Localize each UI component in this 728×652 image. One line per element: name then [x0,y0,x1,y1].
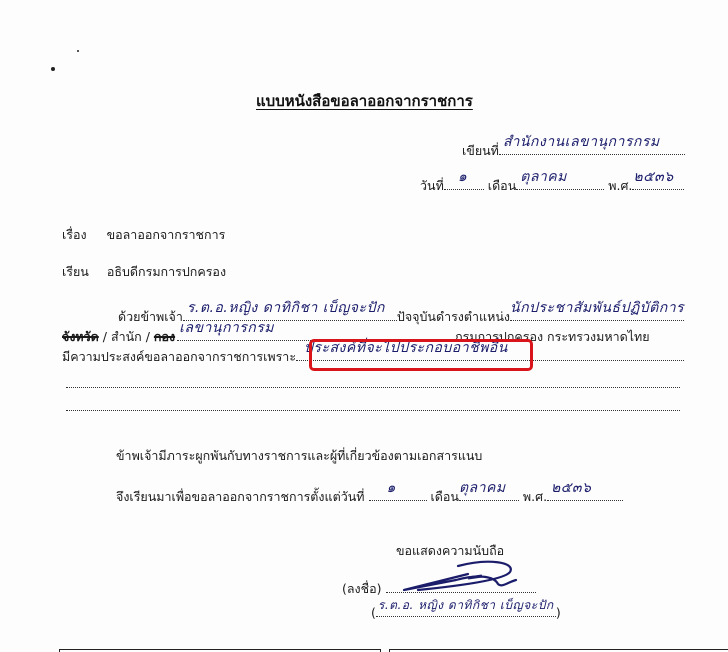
ink-speck [77,50,79,52]
written-at-value: สำนักงานเลขานุการกรม [503,131,660,153]
ink-speck [51,67,55,71]
written-at-line: เขียนที่สำนักงานเลขานุการกรม [462,140,685,161]
highlight-box [309,339,533,371]
unit-value: เลขานุการกรม [179,317,274,339]
recipient-label: เรียน [62,264,89,279]
unit-separator: / สำนัก / [99,329,154,344]
subject-line: เรื่อง ขอลาออกจากราชการ [62,225,225,245]
close-paren: ) [556,605,561,620]
signature-scribble [398,556,528,596]
date-line: วันที่๑ เดือนตุลาคม พ.ศ.๒๕๓๖ [420,175,684,196]
printed-name-line: (ร.ต.อ. หญิง ดาทิกิชา เบ็ญจะปัก) [371,602,561,620]
reason-label: มีความประสงค์ขอลาออกจากราชการเพราะ [62,349,296,364]
effective-month: ตุลาคม [459,477,506,499]
day-value: ๑ [458,166,467,188]
document-title: แบบหนังสือขอลาออกจากราชการ [256,89,473,113]
request-label: จึงเรียนมาเพื่อขอลาออกจากราชการตั้งแต่วั… [116,489,365,504]
blank-line-1 [66,386,680,388]
effective-year: ๒๕๓๖ [551,477,591,499]
subject-label: เรื่อง [62,227,87,242]
written-at-label: เขียนที่ [462,143,499,158]
obligation-line: ข้าพเจ้ามีภาระผูกพันกับทางราชการและผู้ที… [116,446,482,466]
subject-value: ขอลาออกจากราชการ [107,227,226,242]
day-label: วันที่ [420,178,444,193]
recipient-value: อธิบดีกรมการปกครอง [107,264,226,279]
recipient-line: เรียน อธิบดีกรมการปกครอง [62,262,226,282]
month-value: ตุลาคม [520,166,567,188]
struck-province: จังหวัด [62,329,99,344]
employee-name: ร.ต.อ.หญิง ดาทิกิชา เบ็ญจะปัก [187,297,385,319]
request-line: จึงเรียนมาเพื่อขอลาออกจากราชการตั้งแต่วั… [116,486,623,507]
position-label: ปัจจุบันดำรงตำแหน่ง [397,309,510,324]
effective-day: ๑ [387,477,396,499]
struck-division: กอง [154,329,175,344]
year-label: พ.ศ. [608,178,632,193]
year-value: ๒๕๓๖ [633,166,673,188]
effective-month-label: เดือน [430,489,458,504]
signer-printed-name: ร.ต.อ. หญิง ดาทิกิชา เบ็ญจะปัก [378,596,554,615]
blank-line-2 [66,409,680,411]
effective-year-label: พ.ศ. [523,489,547,504]
month-label: เดือน [488,178,516,193]
signature-label: (ลงชื่อ) [342,581,382,596]
self-label: ด้วยข้าพเจ้า [118,309,183,324]
position-value: นักประชาสัมพันธ์ปฏิบัติการ [510,297,684,319]
